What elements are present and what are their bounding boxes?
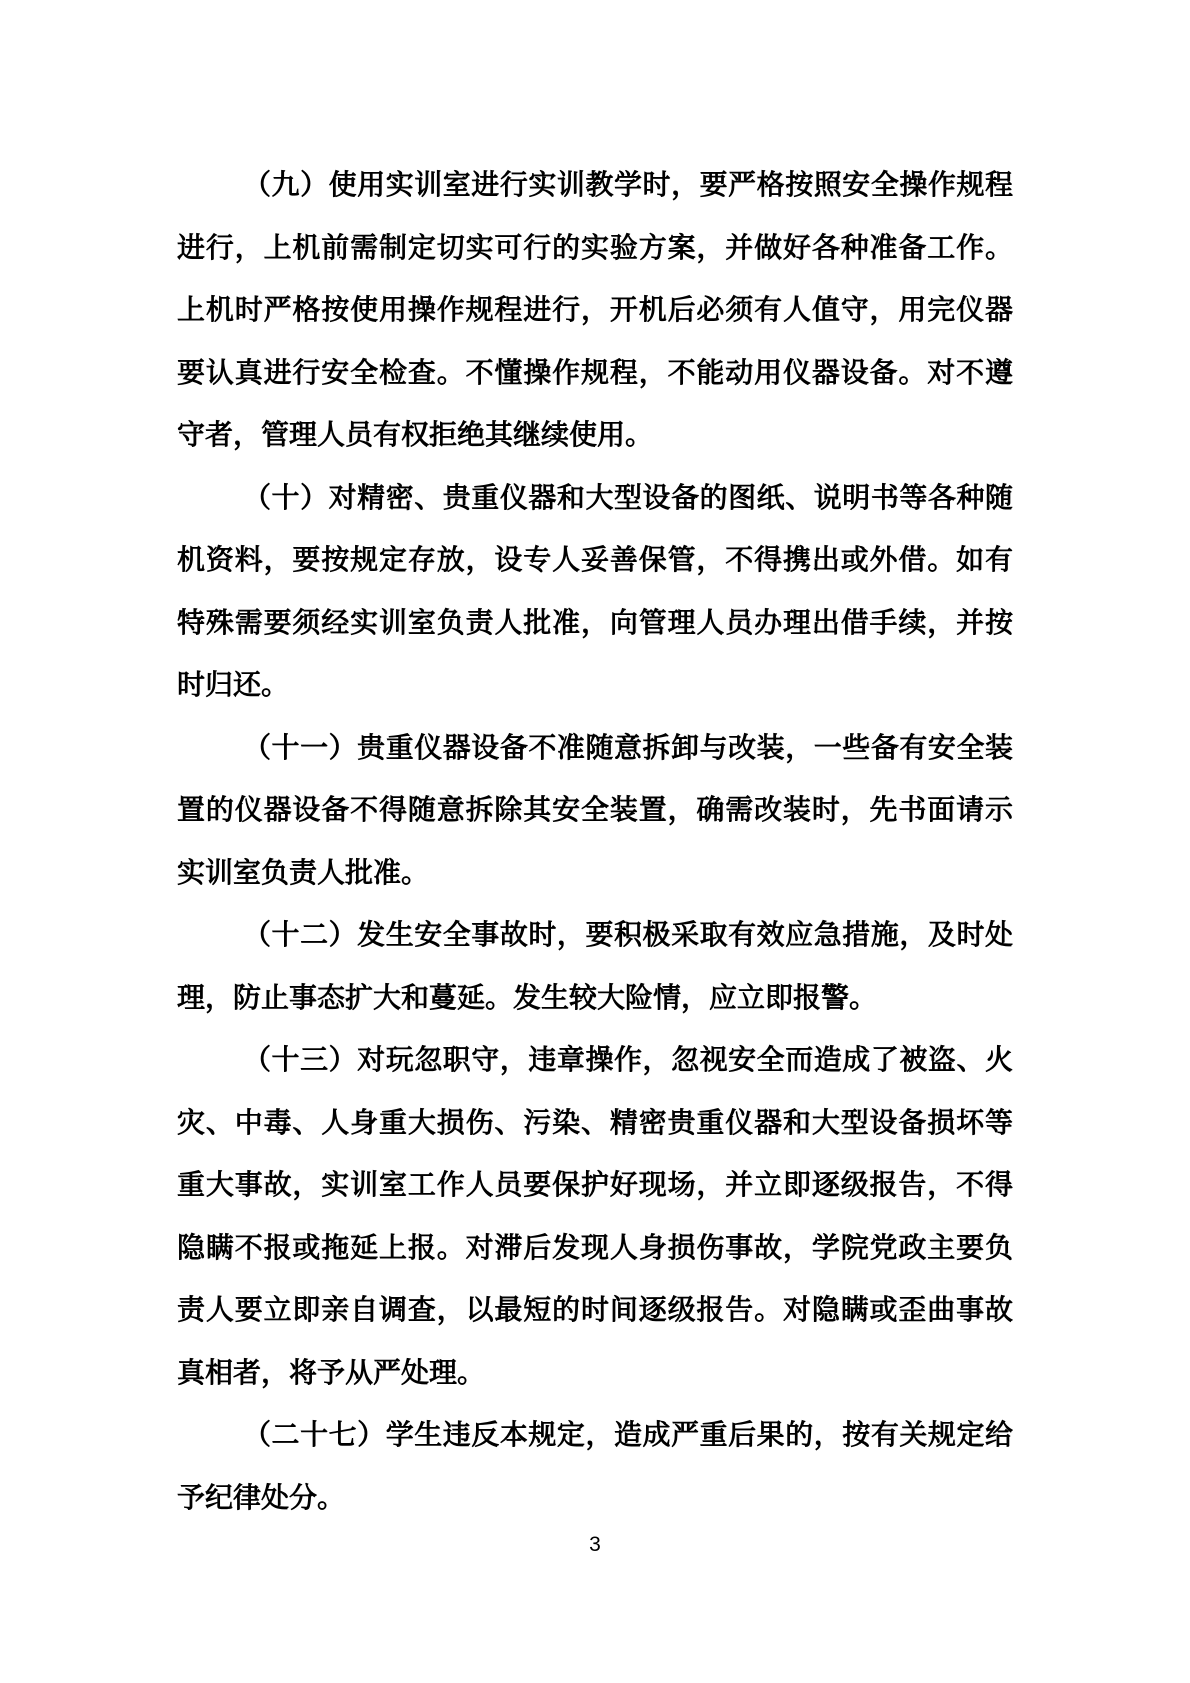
text-line: （二十七）学生违反本规定，造成严重后果的，按有关规定给 [177, 1404, 1013, 1467]
paragraph: （十二）发生安全事故时，要积极采取有效应急措施，及时处理，防止事态扩大和蔓延。发… [177, 904, 1013, 1029]
text-line: （十三）对玩忽职守，违章操作，忽视安全而造成了被盗、火 [177, 1029, 1013, 1092]
text-line: （十）对精密、贵重仪器和大型设备的图纸、说明书等各种随 [177, 467, 1013, 530]
text-line: 守者，管理人员有权拒绝其继续使用。 [177, 404, 1013, 467]
text-line: 灾、中毒、人身重大损伤、污染、精密贵重仪器和大型设备损坏等 [177, 1092, 1013, 1155]
text-line: 要认真进行安全检查。不懂操作规程，不能动用仪器设备。对不遵 [177, 342, 1013, 405]
text-line: 时归还。 [177, 654, 1013, 717]
text-line: 责人要立即亲自调查，以最短的时间逐级报告。对隐瞒或歪曲事故 [177, 1279, 1013, 1342]
text-line: 隐瞒不报或拖延上报。对滞后发现人身损伤事故，学院党政主要负 [177, 1217, 1013, 1280]
page-footer: 3 [0, 1532, 1190, 1558]
paragraph: （十三）对玩忽职守，违章操作，忽视安全而造成了被盗、火灾、中毒、人身重大损伤、污… [177, 1029, 1013, 1404]
paragraph: （十）对精密、贵重仪器和大型设备的图纸、说明书等各种随机资料，要按规定存放，设专… [177, 467, 1013, 717]
text-line: （九）使用实训室进行实训教学时，要严格按照安全操作规程 [177, 154, 1013, 217]
text-line: 理，防止事态扩大和蔓延。发生较大险情，应立即报警。 [177, 967, 1013, 1030]
text-line: 特殊需要须经实训室负责人批准，向管理人员办理出借手续，并按 [177, 592, 1013, 655]
page-number: 3 [589, 1533, 601, 1556]
text-line: 予纪律处分。 [177, 1467, 1013, 1530]
text-line: （十一）贵重仪器设备不准随意拆卸与改装，一些备有安全装 [177, 717, 1013, 780]
text-line: 上机时严格按使用操作规程进行，开机后必须有人值守，用完仪器 [177, 279, 1013, 342]
text-line: 重大事故，实训室工作人员要保护好现场，并立即逐级报告，不得 [177, 1154, 1013, 1217]
text-line: 真相者，将予从严处理。 [177, 1342, 1013, 1405]
text-line: 机资料，要按规定存放，设专人妥善保管，不得携出或外借。如有 [177, 529, 1013, 592]
paragraph: （十一）贵重仪器设备不准随意拆卸与改装，一些备有安全装置的仪器设备不得随意拆除其… [177, 717, 1013, 905]
paragraph: （二十七）学生违反本规定，造成严重后果的，按有关规定给予纪律处分。 [177, 1404, 1013, 1529]
document-page: （九）使用实训室进行实训教学时，要严格按照安全操作规程进行，上机前需制定切实可行… [0, 0, 1190, 1683]
document-body: （九）使用实训室进行实训教学时，要严格按照安全操作规程进行，上机前需制定切实可行… [177, 154, 1013, 1529]
text-line: （十二）发生安全事故时，要积极采取有效应急措施，及时处 [177, 904, 1013, 967]
text-line: 实训室负责人批准。 [177, 842, 1013, 905]
text-line: 进行，上机前需制定切实可行的实验方案，并做好各种准备工作。 [177, 217, 1013, 280]
text-line: 置的仪器设备不得随意拆除其安全装置，确需改装时，先书面请示 [177, 779, 1013, 842]
paragraph: （九）使用实训室进行实训教学时，要严格按照安全操作规程进行，上机前需制定切实可行… [177, 154, 1013, 467]
